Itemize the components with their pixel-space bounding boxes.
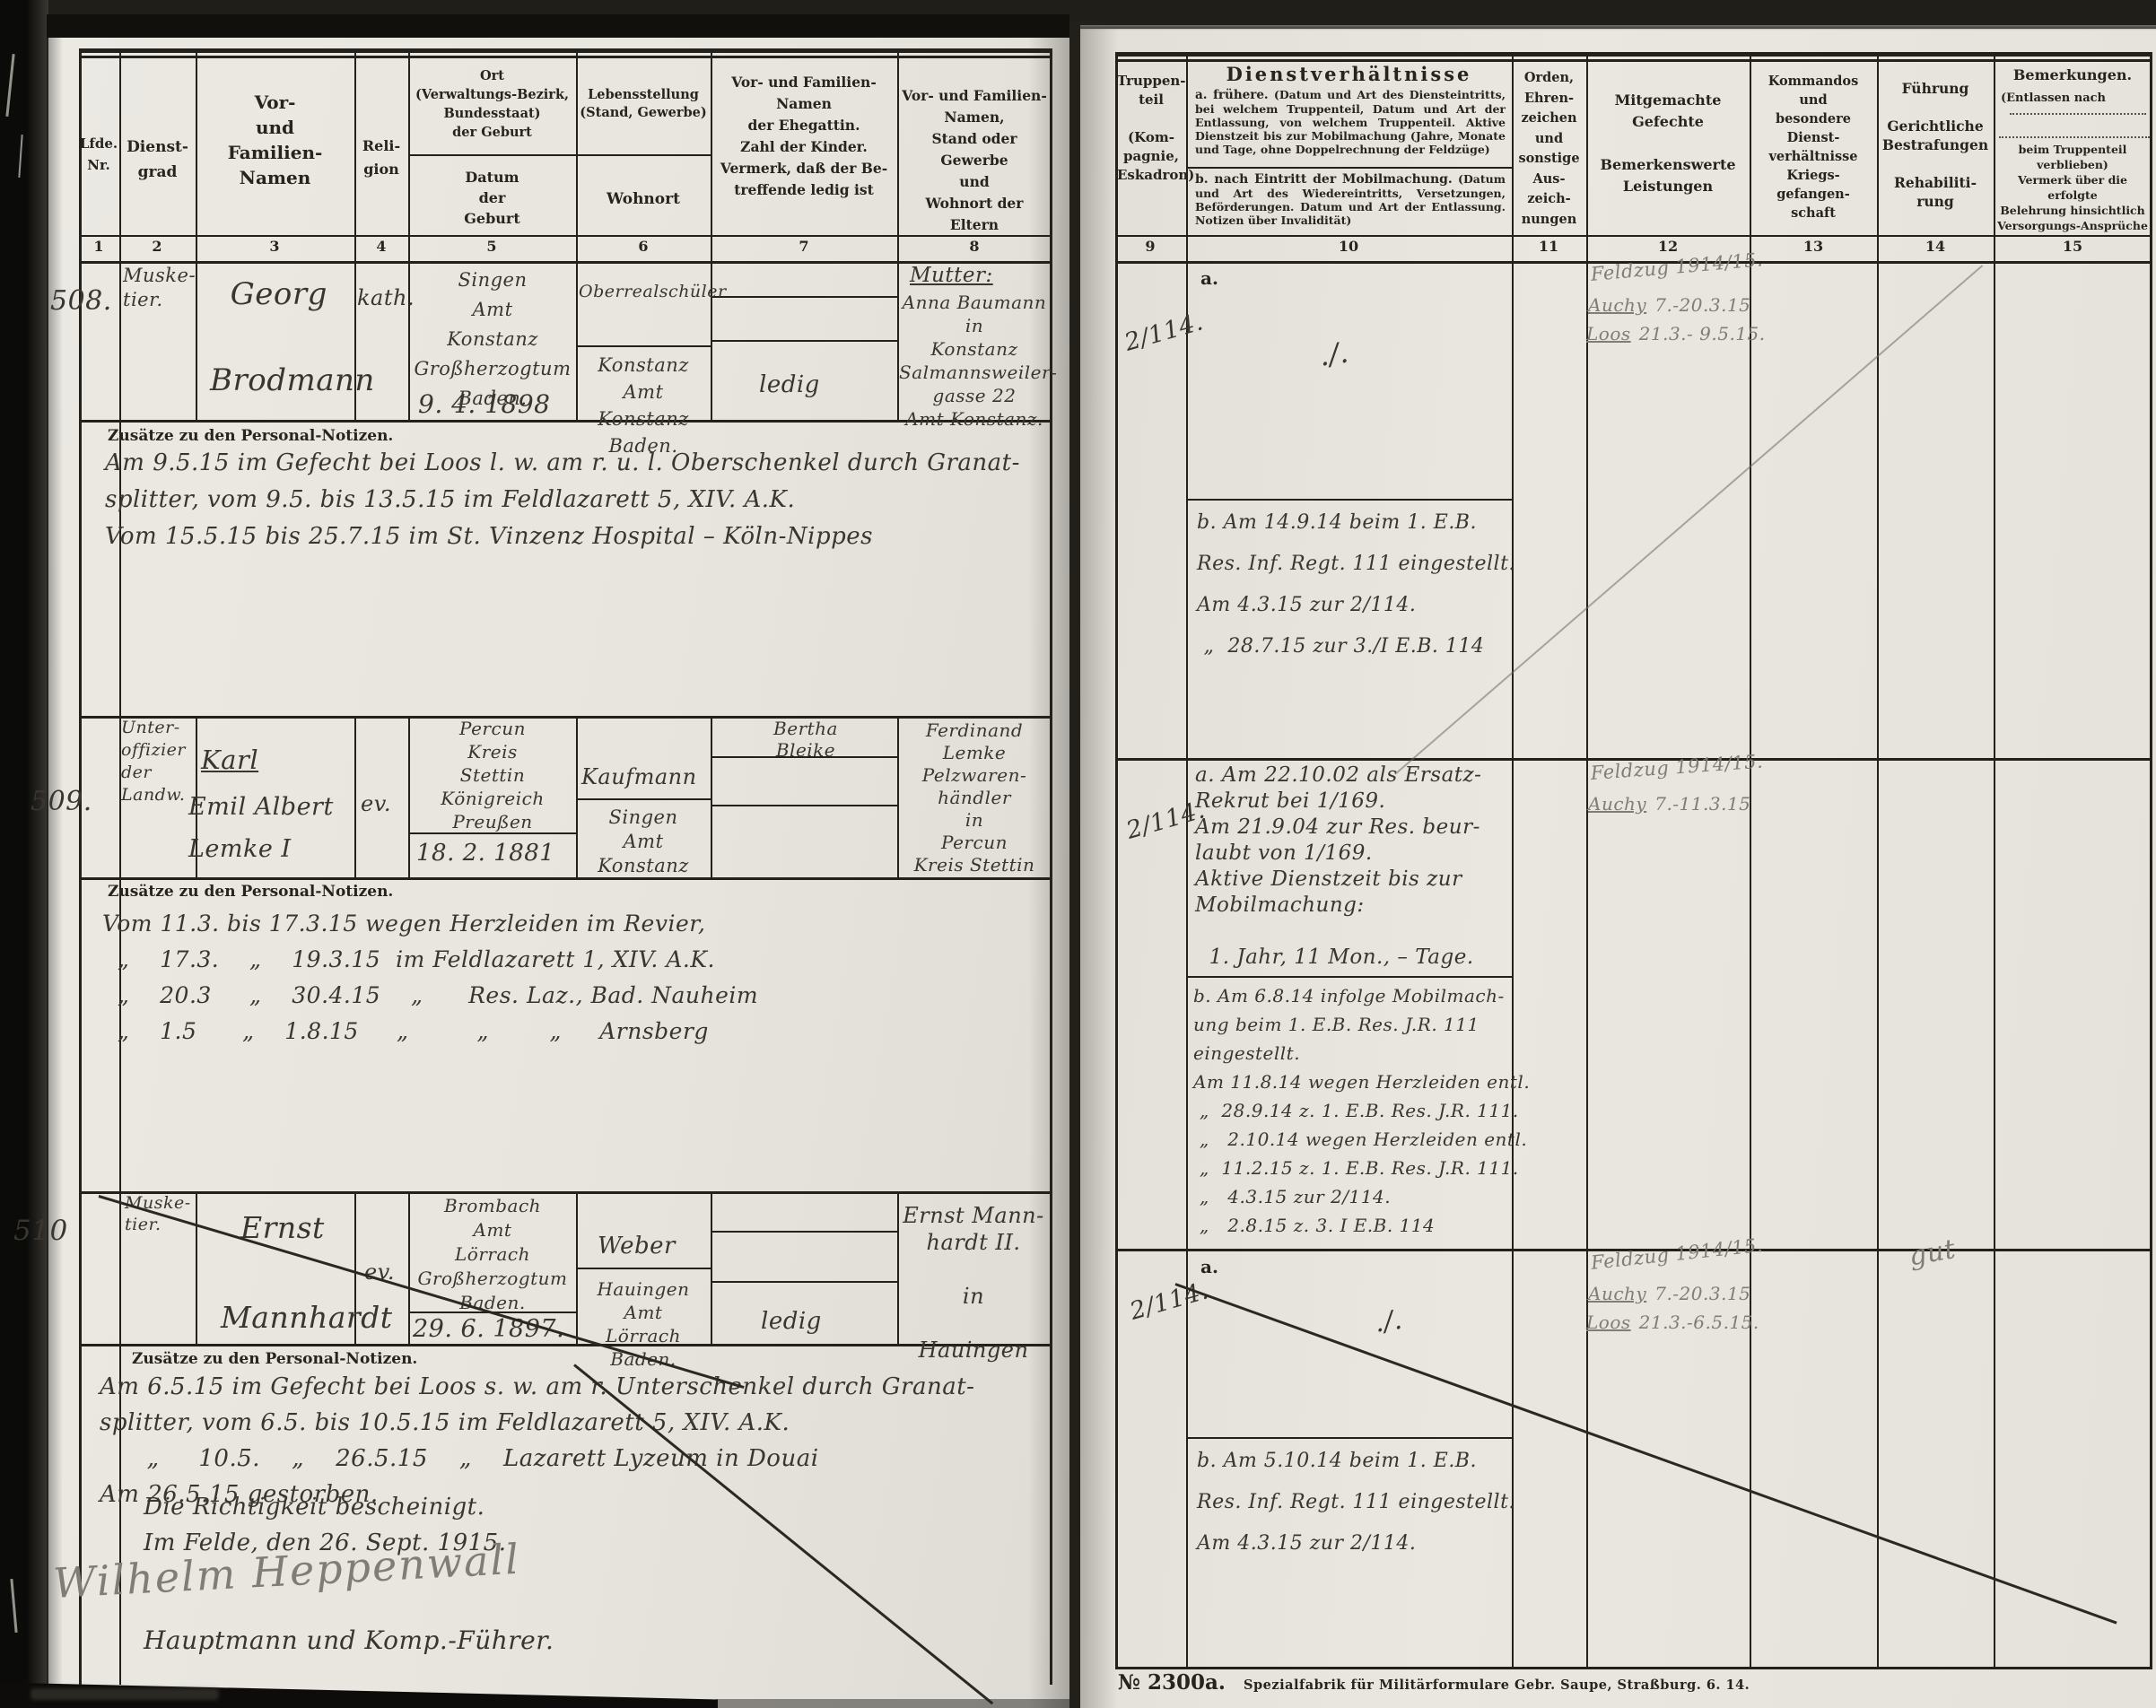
rule xyxy=(1512,52,1514,1669)
col-header-datum-geburt: Datum der Geburt xyxy=(410,167,574,229)
col-header-fuehrung: Führung Gerichtliche Bestrafungen Rehabi… xyxy=(1879,79,1992,211)
rule xyxy=(1877,52,1879,1669)
battle-place: Loos xyxy=(1586,1311,1631,1333)
col-header-lebensstellung: Lebensstellung (Stand, Gewerbe) xyxy=(577,86,710,122)
right-page-top-edge xyxy=(1080,25,2156,30)
entry-residence: Konstanz Amt Konstanz Baden. xyxy=(578,352,709,459)
col-header-eltern: Vor- und Familien- Namen, Stand oder Gew… xyxy=(899,85,1050,236)
entry-name: Emil Albert Lemke I xyxy=(188,786,334,870)
service-b-record: b. Am 14.9.14 beim 1. E.B. Res. Inf. Reg… xyxy=(1197,502,1515,667)
book-spine xyxy=(0,0,48,1708)
entry-personal-notes: Vom 11.3. bis 17.3.15 wegen Herzleiden i… xyxy=(102,906,758,1050)
entry-religion: kath. xyxy=(357,285,415,310)
ink-smudge xyxy=(31,1688,219,1700)
entry-marital-status: ledig xyxy=(759,371,820,398)
rule xyxy=(711,716,712,877)
printer-imprint: Spezialfabrik für Militärformulare Gebr.… xyxy=(1244,1677,1750,1693)
col-header-kommandos: Kommandos und besondere Dienst- verhältn… xyxy=(1751,72,1875,222)
entry-parents: Anna Baumann in Konstanz Salmannsweiler-… xyxy=(899,291,1050,431)
dotted-fill-line xyxy=(1999,136,2150,138)
rule xyxy=(79,877,1052,880)
entry-name: Georg Brodmann xyxy=(210,273,375,402)
entry-rank: Muske- tier. xyxy=(123,264,196,312)
col-number: 15 xyxy=(2055,238,2091,255)
rule xyxy=(1050,48,1052,1685)
rule xyxy=(1186,976,1512,978)
rule xyxy=(711,1281,897,1283)
rule xyxy=(1115,52,1118,1669)
rule xyxy=(408,154,711,156)
col-number: 7 xyxy=(786,238,822,255)
entry-occupation: Oberrealschüler xyxy=(579,282,727,301)
rule xyxy=(196,1191,197,1344)
col-header-dienstverhaeltnisse-title: Dienstverhältnisse xyxy=(1188,63,1510,85)
rule xyxy=(576,345,711,347)
entry-name-first: Karl xyxy=(201,745,258,775)
rule xyxy=(408,716,410,877)
col-number: 1 xyxy=(81,238,117,255)
service-b-record: b. Am 5.10.14 beim 1. E.B. Res. Inf. Reg… xyxy=(1197,1441,1515,1564)
rule xyxy=(1186,499,1512,501)
col-header-truppenteil: Truppen- teil (Kom- pagnie, Eskadron) xyxy=(1117,72,1185,185)
col-header-religion: Reli- gion xyxy=(354,135,408,181)
battle-dates: 7.-20.3.15 xyxy=(1654,1283,1750,1304)
entry-personal-notes: Am 9.5.15 im Gefecht bei Loos l. w. am r… xyxy=(105,445,1020,555)
col-number: 12 xyxy=(1650,238,1686,255)
col-number: 6 xyxy=(625,238,661,255)
col-number: 9 xyxy=(1132,238,1168,255)
battle-record: Auchy7.-20.3.15 xyxy=(1588,294,1750,316)
col-header-lfde-nr: Lfde. Nr. xyxy=(77,133,120,176)
col-number: 14 xyxy=(1917,238,1953,255)
rule xyxy=(576,798,711,800)
rule xyxy=(711,340,897,342)
rule xyxy=(711,805,897,806)
battle-record: Loos21.3.- 9.5.15. xyxy=(1586,323,1766,344)
col-number: 3 xyxy=(257,238,292,255)
form-number: № 2300a. xyxy=(1118,1670,1226,1695)
notes-section-label: Zusätze zu den Personal-Notizen. xyxy=(108,883,393,901)
battle-record: Loos21.3.-6.5.15. xyxy=(1586,1311,1759,1333)
service-b-record: b. Am 6.8.14 infolge Mobilmach- ung beim… xyxy=(1193,981,1530,1240)
dienst-b-lead: b. nach Eintritt der Mobilmachung. xyxy=(1195,172,1453,187)
rule xyxy=(354,716,356,877)
entry-religion: ev. xyxy=(361,791,391,816)
entry-parents: Ferdinand Lemke Pelzwaren- händler in Pe… xyxy=(899,719,1050,876)
rule xyxy=(1186,167,1512,169)
rule xyxy=(1186,1437,1512,1439)
col-number: 8 xyxy=(956,238,992,255)
col-header-gefechte: Mitgemachte Gefechte Bemerkenswerte Leis… xyxy=(1588,90,1748,197)
col-header-bemerkungen-title: Bemerkungen. xyxy=(1995,66,2150,83)
dotted-fill-line xyxy=(2010,113,2146,115)
entry-spouse: Bertha Bleike xyxy=(718,718,894,761)
battle-dates: 7.-11.3.15 xyxy=(1654,793,1750,815)
battle-record: Auchy7.-20.3.15 xyxy=(1588,1283,1750,1304)
rule xyxy=(79,261,1052,264)
battle-dates: 21.3.- 9.5.15. xyxy=(1639,323,1766,344)
entry-number: 509. xyxy=(31,786,92,817)
service-a-label: a. xyxy=(1200,267,1218,289)
entry-birth-date: 9. 4. 1898 xyxy=(418,389,551,419)
entry-rank: Unter- offizier der Landw. xyxy=(121,717,186,806)
rule xyxy=(1994,52,1995,1669)
notes-section-label: Zusätze zu den Personal-Notizen. xyxy=(132,1350,417,1368)
battle-dates: 21.3.-6.5.15. xyxy=(1639,1311,1759,1333)
rule xyxy=(711,296,897,298)
rule xyxy=(711,1231,897,1233)
dienst-a-lead: a. frühere. xyxy=(1195,88,1269,102)
battle-dates: 7.-20.3.15 xyxy=(1654,294,1750,316)
col-header-ort-geburt: Ort (Verwaltungs-Bezirk, Bundesstaat) de… xyxy=(410,66,574,142)
entry-occupation: Weber xyxy=(598,1233,676,1259)
entry-occupation: Kaufmann xyxy=(581,764,697,789)
entry-birth-place: Percun Kreis Stettin Königreich Preußen xyxy=(411,717,574,833)
col-number: 4 xyxy=(363,238,399,255)
rule xyxy=(408,1191,410,1344)
rule xyxy=(1115,52,2152,57)
rule xyxy=(576,1268,711,1269)
entry-marital-status: ledig xyxy=(761,1308,822,1335)
col-header-namen: Vor- und Familien- Namen xyxy=(196,90,354,190)
col-number: 10 xyxy=(1331,238,1366,255)
entry-number: 510 xyxy=(13,1215,68,1247)
col-header-orden: Orden, Ehren- zeichen und sonstige Aus- … xyxy=(1514,68,1584,230)
col-header-entlassen-nach: (Entlassen nach xyxy=(2001,91,2106,105)
service-a-none-mark: ./. xyxy=(1373,1304,1404,1339)
col-number: 13 xyxy=(1795,238,1831,255)
battle-record: Auchy7.-11.3.15 xyxy=(1588,793,1750,815)
col-header-wohnort: Wohnort xyxy=(577,190,710,208)
rule xyxy=(711,1191,712,1344)
military-register-scan: Lfde. Nr. Dienst- grad Vor- und Familien… xyxy=(0,0,2156,1708)
rule xyxy=(1186,52,1188,1669)
entry-number: 508. xyxy=(50,285,112,317)
rule xyxy=(2150,52,2152,1669)
rule xyxy=(1115,59,2152,62)
bottom-scan-edge xyxy=(716,1699,1069,1708)
left-page-inner-shadow xyxy=(47,22,63,1708)
battle-place: Auchy xyxy=(1588,1283,1646,1304)
service-a-label: a. xyxy=(1200,1256,1218,1277)
col-header-dienstgrad: Dienst- grad xyxy=(119,135,196,185)
col-header-dienst-a: a. frühere. (Datum und Art des Dienstein… xyxy=(1195,88,1506,156)
col-number: 2 xyxy=(139,238,175,255)
col-number: 11 xyxy=(1531,238,1567,255)
battle-place: Loos xyxy=(1586,323,1631,344)
col-header-bemerkungen-rest: beim Truppenteil verblieben) Vermerk übe… xyxy=(1995,142,2150,233)
officer-signature-title: Hauptmann und Komp.-Führer. xyxy=(144,1625,554,1655)
entry-parents: Ernst Mann- hardt II. in Hauingen xyxy=(897,1202,1050,1364)
rule xyxy=(79,56,1052,58)
entry-parents-label: Mutter: xyxy=(910,264,993,287)
entry-birth-date: 18. 2. 1881 xyxy=(416,840,554,867)
service-a-none-mark: ./. xyxy=(1317,335,1351,372)
service-a-record: a. Am 22.10.02 als Ersatz- Rekrut bei 1/… xyxy=(1195,762,1481,971)
notes-section-label: Zusätze zu den Personal-Notizen. xyxy=(108,427,393,445)
top-scan-edge xyxy=(47,14,1069,38)
rule xyxy=(1115,235,2152,237)
battle-place: Auchy xyxy=(1588,294,1646,316)
rule xyxy=(1115,1667,2152,1669)
col-header-dienst-b: b. nach Eintritt der Mobilmachung. (Datu… xyxy=(1195,172,1506,227)
col-number: 5 xyxy=(474,238,510,255)
entry-residence: Singen Amt Konstanz xyxy=(578,806,709,878)
rule xyxy=(79,48,1052,53)
battle-place: Auchy xyxy=(1588,793,1646,815)
col-header-ehegattin: Vor- und Familien- Namen der Ehegattin. … xyxy=(712,72,895,201)
